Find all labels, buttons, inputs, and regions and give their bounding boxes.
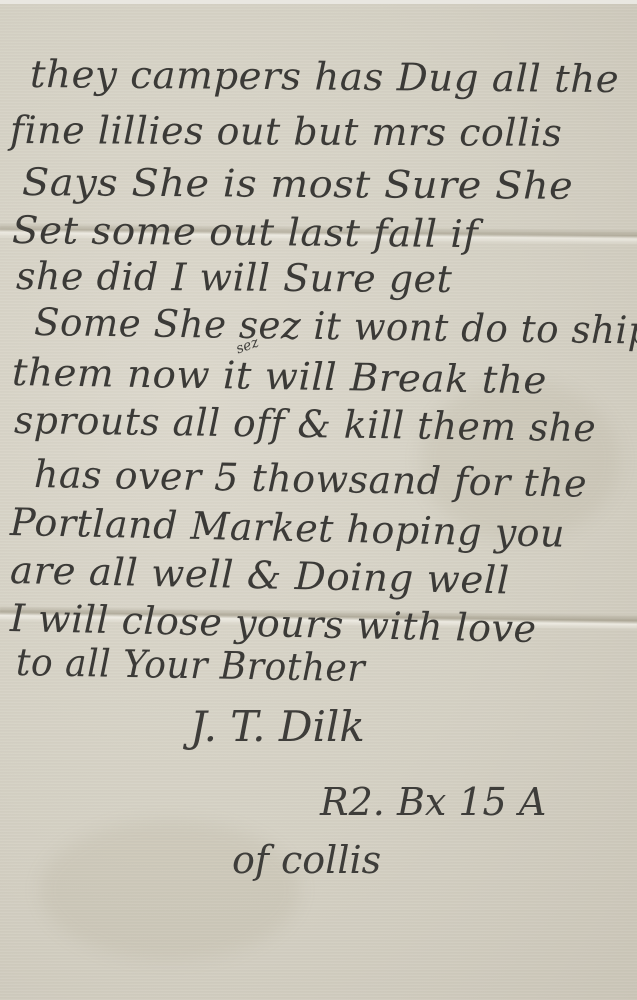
letter-line: fine lillies out but mrs collis [10, 108, 563, 155]
letter-line: has over 5 thowsand for the [34, 452, 588, 506]
letter-page: they campers has Dug all the fine lillie… [0, 0, 637, 1000]
location-line: of collis [232, 838, 381, 882]
letter-line: to all Your Brother [16, 640, 366, 690]
letter-line: sprouts all off & kill them she [14, 398, 597, 450]
paper-top-edge [0, 0, 637, 4]
letter-line: they campers has Dug all the [30, 52, 620, 101]
letter-line: she did I will Sure get [16, 254, 453, 301]
letter-line: are all well & Doing well [10, 548, 511, 602]
letter-line: Set some out last fall if [12, 208, 479, 256]
letter-line: Some She sez it wont do to ship [34, 300, 637, 353]
signature: J. T. Dilk [190, 702, 365, 751]
address-line: R2. Bx 15 A [320, 780, 546, 824]
letter-line: them now it will Break the [12, 350, 548, 402]
letter-line: Says She is most Sure She [22, 160, 574, 208]
